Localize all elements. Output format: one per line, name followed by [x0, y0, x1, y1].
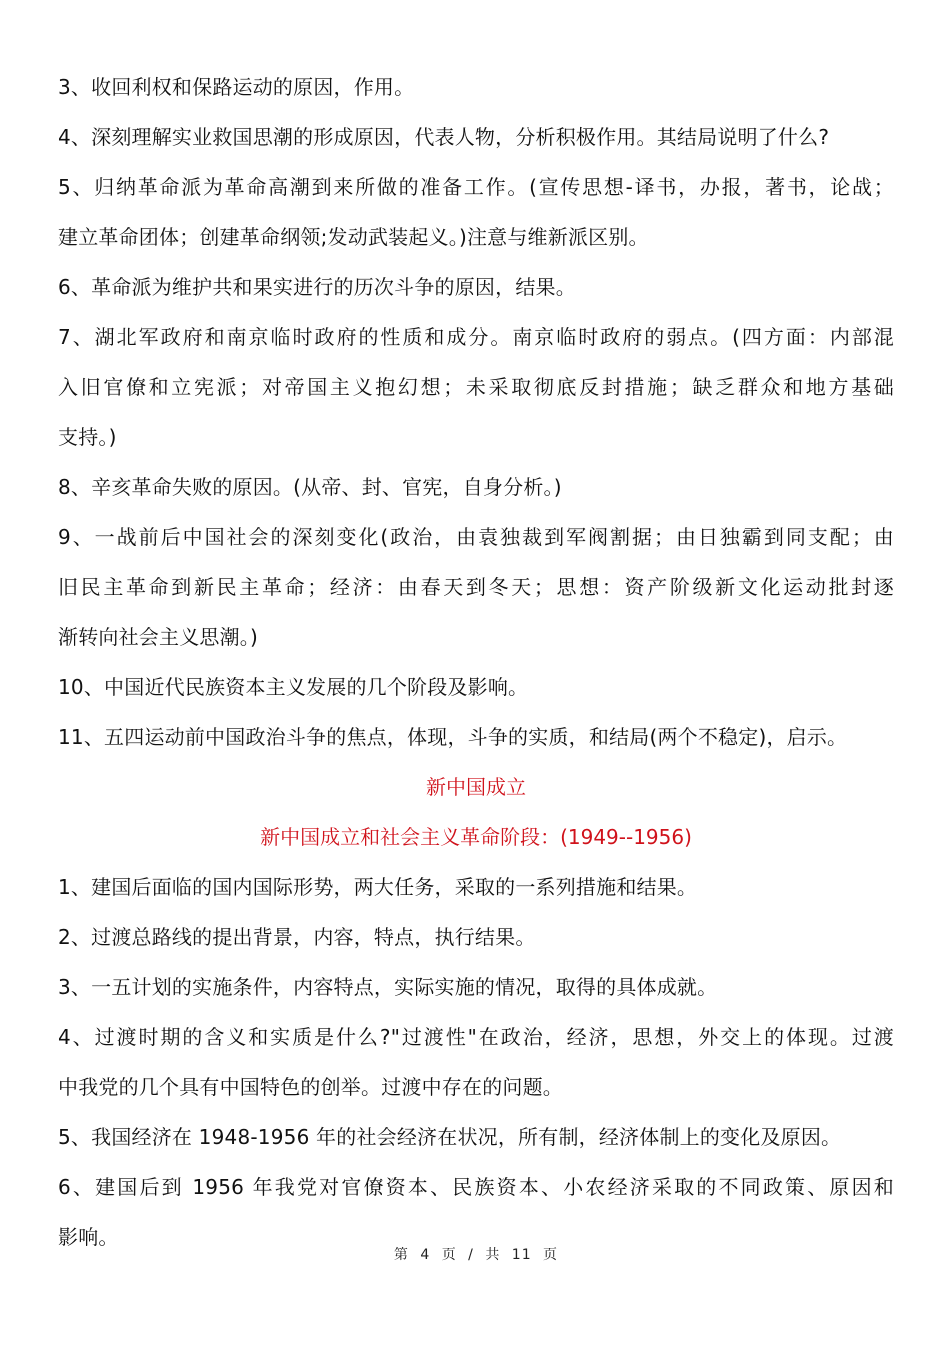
list-item-9-continuation-1: 旧民主革命到新民主革命；经济：由春天到冬天；思想：资产阶级新文化运动批封逐 — [58, 562, 894, 612]
list-item-7-continuation-2: 支持。) — [58, 412, 894, 462]
document-page: 3、收回利权和保路运动的原因，作用。 4、深刻理解实业救国思潮的形成原因，代表人… — [58, 62, 894, 1262]
list-item-9-continuation-2: 渐转向社会主义思潮。) — [58, 612, 894, 662]
list-item-3-five-year-plan: 3、一五计划的实施条件，内容特点，实际实施的情况，取得的具体成就。 — [58, 962, 894, 1012]
section-title: 新中国成立 — [58, 762, 894, 812]
list-item-5-revolutionary-preparation: 5、归纳革命派为革命高潮到来所做的准备工作。(宣传思想-译书，办报，著书，论战； — [58, 162, 894, 212]
list-item-1-founding-situation: 1、建国后面临的国内国际形势，两大任务，采取的一系列措施和结果。 — [58, 862, 894, 912]
list-item-7-nanjing-government: 7、湖北军政府和南京临时政府的性质和成分。南京临时政府的弱点。(四方面：内部混 — [58, 312, 894, 362]
list-item-10-national-capitalism: 10、中国近代民族资本主义发展的几个阶段及影响。 — [58, 662, 894, 712]
list-item-4-transition-period: 4、过渡时期的含义和实质是什么?"过渡性"在政治，经济，思想，外交上的体现。过渡 — [58, 1012, 894, 1062]
list-item-6-republic-struggles: 6、革命派为维护共和果实进行的历次斗争的原因，结果。 — [58, 262, 894, 312]
list-item-5-continuation: 建立革命团体；创建革命纲领;发动武装起义。)注意与维新派区别。 — [58, 212, 894, 262]
section-subtitle: 新中国成立和社会主义革命阶段：(1949--1956) — [58, 812, 894, 862]
page-number: 第 4 页 / 共 11 页 — [0, 1244, 952, 1264]
list-item-4-continuation: 中我党的几个具有中国特色的创举。过渡中存在的问题。 — [58, 1062, 894, 1112]
list-item-6-policies: 6、建国后到 1956 年我党对官僚资本、民族资本、小农经济采取的不同政策、原因… — [58, 1162, 894, 1212]
list-item-3-rights-recovery: 3、收回利权和保路运动的原因，作用。 — [58, 62, 894, 112]
list-item-7-continuation-1: 入旧官僚和立宪派；对帝国主义抱幻想；未采取彻底反封措施；缺乏群众和地方基础 — [58, 362, 894, 412]
list-item-8-xinhai-failure: 8、辛亥革命失败的原因。(从帝、封、官宪，自身分析。) — [58, 462, 894, 512]
list-item-4-industrial-salvation: 4、深刻理解实业救国思潮的形成原因，代表人物，分析积极作用。其结局说明了什么? — [58, 112, 894, 162]
list-item-2-general-line: 2、过渡总路线的提出背景，内容，特点，执行结果。 — [58, 912, 894, 962]
list-item-9-wwi-changes: 9、一战前后中国社会的深刻变化(政治，由袁独裁到军阀割据；由日独霸到同支配；由 — [58, 512, 894, 562]
list-item-11-may-fourth: 11、五四运动前中国政治斗争的焦点，体现，斗争的实质，和结局(两个不稳定)，启示… — [58, 712, 894, 762]
list-item-5-economy-changes: 5、我国经济在 1948-1956 年的社会经济在状况，所有制，经济体制上的变化… — [58, 1112, 894, 1162]
